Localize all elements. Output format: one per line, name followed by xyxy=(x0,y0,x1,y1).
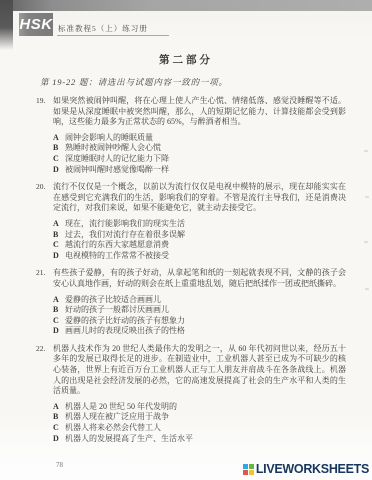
option-letter: D xyxy=(53,434,65,445)
scan-artifact xyxy=(365,196,369,198)
question-text: 如果突然被闹钟叫醒，将在心理上使人产生心慌、情绪低落、感觉没睡醒等不适。如果是从… xyxy=(53,96,346,128)
question-text: 有些孩子爱静，有的孩子好动，从拿起笔和纸的一刻起就表现不同，文静的孩子会安心认真… xyxy=(53,268,346,289)
option-text: 过去，我们对流行存在着很多误解 xyxy=(65,230,346,241)
option-a: A 现在，流行能影响我们的现实生活 xyxy=(53,219,346,230)
liveworksheets-logo: LIVEWORKSHEETS xyxy=(243,462,369,476)
scan-artifact xyxy=(364,150,368,152)
option-text: 闹钟会影响人的睡眠质量 xyxy=(65,133,346,144)
option-c: C 爱静的孩子比好动的孩子有想象力 xyxy=(53,316,346,327)
option-text: 被闹钟叫醒时感觉像喝醉一样 xyxy=(65,165,346,176)
option-b: B 过去，我们对流行存在着很多误解 xyxy=(53,230,346,241)
option-text: 爱静的孩子比较适合画画儿 xyxy=(65,295,346,306)
scan-artifact xyxy=(365,288,369,290)
option-c: C 越流行的东西大家越愿意消费 xyxy=(53,240,346,251)
option-letter: C xyxy=(53,154,65,165)
option-a: A 机器人是 20 世纪 50 年代发明的 xyxy=(53,402,346,413)
option-d: D 电视模特的工作常常不被接受 xyxy=(53,251,346,262)
worksheet-page: HSK 标准教程5（上）练习册 第二部分 第 19-22 题：请选出与试题内容一… xyxy=(0,0,372,480)
series-underline xyxy=(57,35,169,36)
question-21: 21. 有些孩子爱静，有的孩子好动，从拿起笔和纸的一刻起就表现不同，文静的孩子会… xyxy=(36,268,346,337)
question-number: 19. xyxy=(36,96,53,128)
option-b: B 机器人现在被广泛应用于战争 xyxy=(53,412,346,423)
question-number: 20. xyxy=(36,182,53,214)
option-text: 机器人现在被广泛应用于战争 xyxy=(65,412,346,423)
hsk-logo: HSK xyxy=(19,13,53,36)
option-letter: C xyxy=(53,240,65,251)
option-b: B 好动的孩子一般都讨厌画画儿 xyxy=(53,305,346,316)
scan-artifact xyxy=(364,241,368,243)
question-number: 21. xyxy=(36,268,53,289)
option-b: B 熟睡时被闹钟吵醒人会心慌 xyxy=(53,143,346,154)
option-letter: A xyxy=(53,402,65,413)
question-text: 机器人技术作为 20 世纪人类最伟大的发明之一，从 60 年代初问世以来，经历五… xyxy=(53,344,346,397)
option-d: D 画画儿时的表现反映出孩子的性格 xyxy=(53,326,346,337)
option-letter: D xyxy=(53,165,65,176)
option-letter: C xyxy=(53,316,65,327)
option-letter: B xyxy=(53,143,65,154)
option-text: 越流行的东西大家越愿意消费 xyxy=(65,240,346,251)
option-letter: B xyxy=(53,230,65,241)
question-22: 22. 机器人技术作为 20 世纪人类最伟大的发明之一，从 60 年代初问世以来… xyxy=(36,344,346,444)
liveworksheets-grid-icon xyxy=(243,464,254,475)
option-c: C 机器人将来必然会代替工人 xyxy=(53,423,346,434)
option-letter: A xyxy=(53,219,65,230)
page-number: 78 xyxy=(56,461,63,469)
question-20: 20. 流行不仅仅是一个概念，以前以为流行仅仅是电视中模特的展示，现在却能实实在… xyxy=(36,182,346,261)
option-text: 机器人将来必然会代替工人 xyxy=(65,423,346,434)
option-letter: D xyxy=(53,251,65,262)
options-list: A 闹钟会影响人的睡眠质量 B 熟睡时被闹钟吵醒人会心慌 C 深度睡眠时人的记忆… xyxy=(53,133,346,175)
question-19: 19. 如果突然被闹钟叫醒，将在心理上使人产生心慌、情绪低落、感觉没睡醒等不适。… xyxy=(36,96,346,175)
option-text: 熟睡时被闹钟吵醒人会心慌 xyxy=(65,143,346,154)
liveworksheets-logo-text: LIVEWORKSHEETS xyxy=(256,462,369,476)
option-letter: B xyxy=(53,412,65,423)
section-title: 第二部分 xyxy=(0,52,372,67)
question-text: 流行不仅仅是一个概念，以前以为流行仅仅是电视中模特的展示，现在却能实实在在感受到… xyxy=(53,182,346,214)
option-letter: B xyxy=(53,305,65,316)
option-letter: A xyxy=(53,133,65,144)
option-text: 深度睡眠时人的记忆能力下降 xyxy=(65,154,346,165)
scan-left-edge xyxy=(0,0,13,50)
option-text: 爱静的孩子比好动的孩子有想象力 xyxy=(65,316,346,327)
option-a: A 爱静的孩子比较适合画画儿 xyxy=(53,295,346,306)
hsk-logo-text: HSK xyxy=(19,16,52,33)
option-d: D 机器人的发展提高了生产、生活水平 xyxy=(53,434,346,445)
option-a: A 闹钟会影响人的睡眠质量 xyxy=(53,133,346,144)
options-list: A 爱静的孩子比较适合画画儿 B 好动的孩子一般都讨厌画画儿 C 爱静的孩子比好… xyxy=(53,295,346,337)
scan-top-edge xyxy=(0,0,372,11)
option-text: 机器人的发展提高了生产、生活水平 xyxy=(65,434,346,445)
series-title: 标准教程5（上）练习册 xyxy=(58,23,148,34)
option-letter: C xyxy=(53,423,65,434)
option-d: D 被闹钟叫醒时感觉像喝醉一样 xyxy=(53,165,346,176)
option-c: C 深度睡眠时人的记忆能力下降 xyxy=(53,154,346,165)
option-letter: D xyxy=(53,326,65,337)
option-letter: A xyxy=(53,295,65,306)
options-list: A 现在，流行能影响我们的现实生活 B 过去，我们对流行存在着很多误解 C 越流… xyxy=(53,219,346,261)
option-text: 机器人是 20 世纪 50 年代发明的 xyxy=(65,402,346,413)
questions-area: 19. 如果突然被闹钟叫醒，将在心理上使人产生心慌、情绪低落、感觉没睡醒等不适。… xyxy=(36,96,346,451)
options-list: A 机器人是 20 世纪 50 年代发明的 B 机器人现在被广泛应用于战争 C … xyxy=(53,402,346,444)
option-text: 画画儿时的表现反映出孩子的性格 xyxy=(65,326,346,337)
option-text: 现在，流行能影响我们的现实生活 xyxy=(65,219,346,230)
option-text: 好动的孩子一般都讨厌画画儿 xyxy=(65,305,346,316)
option-text: 电视模特的工作常常不被接受 xyxy=(65,251,346,262)
question-number: 22. xyxy=(36,344,53,397)
instruction-line: 第 19-22 题：请选出与试题内容一致的一项。 xyxy=(40,76,228,88)
